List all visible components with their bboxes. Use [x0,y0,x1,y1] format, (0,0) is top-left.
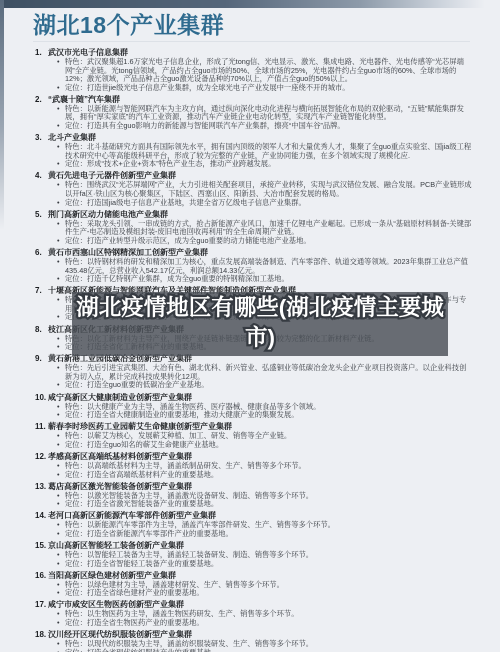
cluster-bullet: 定位：打造具有全guo影响力的新能源与智能网联汽车产业集群，擦亮“中国车谷”品牌… [57,122,472,131]
cluster-item: 15. 京山高新区智能轻工装备创新产业集群 特色：以智能轻工装备为主导，涵盖轻工… [35,541,472,568]
cluster-number: 7. [35,286,48,296]
cluster-bullet: 定位：打造国jia级电子信息产业基地，共建全省万亿级电子信息产业集群。 [57,199,472,208]
cluster-bullet: 定位：打造全省生物医药产业的重要基地。 [57,619,472,628]
cluster-bullet: 定位：打造世jie级光电子信息产业集群，成为全球光电子产业发展中一座绕不开的城市… [57,84,472,93]
cluster-title-text: 武汉市光电子信息集群 [48,48,128,57]
cluster-item: 18. 汉川经开区现代纺织服装创新型产业集群 特色：以现代纺织服装为主导，涵盖纺… [35,630,472,652]
cluster-number: 6. [35,248,48,258]
cluster-title-text: 黄石先进电子元器件创新型产业集群 [48,171,176,180]
cluster-item: 16. 当阳高新区绿色建材创新型产业集群 特色：以绿色建材为主导，涵盖建材研发、… [35,571,472,598]
cluster-bullet: 特色：围绕武汉“光芯屏端网”产业，大力引进相关配套项目，承接产业转移，实现与武汉… [57,181,472,198]
cluster-bullet: 定位：打造千亿特钢产业集群，成为全guo重要的特钢精深加工基地。 [57,275,472,284]
cluster-number: 17. [35,600,48,610]
cluster-item: 2. “武襄十随”汽车集群 特色：以新能源与智能网联汽车为主攻方向，通过纵向深化… [35,95,472,131]
cluster-item: 11. 蕲春李时珍医药工业园蕲艾生命健康创新型产业集群 特色：以蕲艾为核心，发展… [35,422,472,449]
cluster-title-text: 荆门高新区动力储能电池产业集群 [48,210,168,219]
cluster-number: 13. [35,482,48,492]
cluster-title-text: 黄石市西塞山区特钢精深加工创新型产业集群 [48,248,208,257]
cluster-item: 6. 黄石市西塞山区特钢精深加工创新型产业集群 特色：以特钢材料的研发和精深加工… [35,248,472,284]
cluster-bullet: 定位：打造全guo重要的低碳冶金产业基地。 [57,381,472,390]
cluster-number: 10. [35,393,48,403]
cluster-number: 15. [35,541,48,551]
cluster-item: 13. 葛店高新区激光智能装备创新型产业集群 特色：以激光智能装备为主导，涵盖激… [35,482,472,509]
cluster-number: 14. [35,511,48,521]
cluster-bullet: 特色：以特钢材料的研发和精深加工为核心，重点发展高端装备制造、汽车零部件、轨道交… [57,258,472,275]
cluster-bullet: 定位：打造全省激光智能装备产业的重要基地。 [57,500,472,509]
cluster-title-text: “武襄十随”汽车集群 [48,95,120,104]
cluster-bullet: 定位：打造全省新能源汽车零部件产业的重要基地。 [57,530,472,539]
cluster-number: 16. [35,571,48,581]
cluster-title-text: 咸宁高新区大健康制造业创新型产业集群 [48,393,192,402]
cluster-bullet: 特色：以新能源与智能网联汽车为主攻方向，通过纵向深化电动化进程与横向拓展智能化布… [57,105,472,122]
overlay-title-box: 湖北疫情地区有哪些(湖北疫情主要城市) [72,292,448,356]
cluster-number: 2. [35,95,48,105]
document-page: 湖北18个产业集群 1. 武汉市光电子信息集群 特色：武汉聚集超1.6万家光电子… [0,0,500,652]
cluster-number: 4. [35,171,48,181]
cluster-number: 3. [35,133,48,143]
cluster-title-text: 当阳高新区绿色建材创新型产业集群 [48,571,176,580]
cluster-bullet: 特色：武汉聚集超1.6万家光电子信息企业，形成了光tong信、光电显示、激光、集… [57,58,472,84]
cluster-number: 11. [35,422,48,432]
cluster-title-text: 汉川经开区现代纺织服装创新型产业集群 [48,630,192,639]
cluster-number: 9. [35,354,48,364]
cluster-bullet: 定位：打造全省大健康制造业的重要基地，推动大健康产业的集聚发展。 [57,411,472,420]
cluster-number: 5. [35,210,48,220]
cluster-bullet: 定位：打造全省高端纸基材料产业的重要基地。 [57,471,472,480]
overlay-title: 湖北疫情地区有哪些(湖北疫情主要城市) [72,293,448,353]
cluster-number: 12. [35,452,48,462]
cluster-title-text: 京山高新区智能轻工装备创新产业集群 [48,541,184,550]
cluster-bullet: 定位：形成“技术+企业+资本”特色产业生态，推动产业跨越发展。 [57,160,472,169]
cluster-item: 10. 咸宁高新区大健康制造业创新型产业集群 特色：以大健康产业为主导，涵盖生物… [35,393,472,420]
cluster-item: 5. 荆门高新区动力储能电池产业集群 特色：采取龙头引领、一串成链的方式，抢占新… [35,210,472,246]
cluster-title-text: 老河口高新区新能源汽车零部件创新型产业集群 [48,511,216,520]
cluster-bullet: 特色：北斗基础研究方面具有国际领先水平，拥有国内顶级的领军人才和大量优秀人才，集… [57,143,472,160]
cluster-bullet: 定位：打造全省现代纺织服装产业的重要基地。 [57,649,472,652]
cluster-bullet: 特色：先后引进宝武集团、大冶有色、湖北优科、新兴管业、弘盛铜业等低碳冶金龙头企业… [57,364,472,381]
page-title: 湖北18个产业集群 [33,13,470,38]
cluster-bullet: 定位：打造全guo知名的蕲艾生命健康产业基地。 [57,441,472,450]
cluster-title-text: 北斗产业集群 [48,133,96,142]
cluster-item: 12. 孝感高新区高端纸基材料创新型产业集群 特色：以高端纸基材料为主导，涵盖纸… [35,452,472,479]
cluster-bullet: 定位：打造全省绿色建材产业的重要基地。 [57,589,472,598]
page-header: 湖北18个产业集群 [33,0,470,42]
cluster-item: 17. 咸宁市咸安区生物医药创新型产业集群 特色：以生物医药为主导，涵盖生物医药… [35,600,472,627]
cluster-title-text: 葛店高新区激光智能装备创新型产业集群 [48,482,192,491]
cluster-number: 1. [35,48,48,58]
cluster-item: 1. 武汉市光电子信息集群 特色：武汉聚集超1.6万家光电子信息企业，形成了光t… [35,48,472,92]
cluster-bullet: 定位：打造产业转型升级示范区，成为全guo重要的动力储能电池产业基地。 [57,237,472,246]
cluster-bullet: 特色：采取龙头引领、一串成链的方式，抢占新能源产业风口，加速千亿锂电产业崛起。已… [57,220,472,237]
cluster-item: 9. 黄石新港工业园低碳冶金创新型产业集群 特色：先后引进宝武集团、大冶有色、湖… [35,354,472,390]
cluster-number: 8. [35,325,48,335]
cluster-title-text: 咸宁市咸安区生物医药创新型产业集群 [48,600,184,609]
cluster-item: 14. 老河口高新区新能源汽车零部件创新型产业集群 特色：以新能源汽车零部件为主… [35,511,472,538]
cluster-bullet: 定位：打造全省智能轻工装备产业的重要基地。 [57,560,472,569]
cluster-title-text: 孝感高新区高端纸基材料创新型产业集群 [48,452,192,461]
cluster-item: 3. 北斗产业集群 特色：北斗基础研究方面具有国际领先水平，拥有国内顶级的领军人… [35,133,472,169]
cluster-item: 4. 黄石先进电子元器件创新型产业集群 特色：围绕武汉“光芯屏端网”产业，大力引… [35,171,472,207]
cluster-number: 18. [35,630,48,640]
cluster-title-text: 蕲春李时珍医药工业园蕲艾生命健康创新型产业集群 [48,422,232,431]
